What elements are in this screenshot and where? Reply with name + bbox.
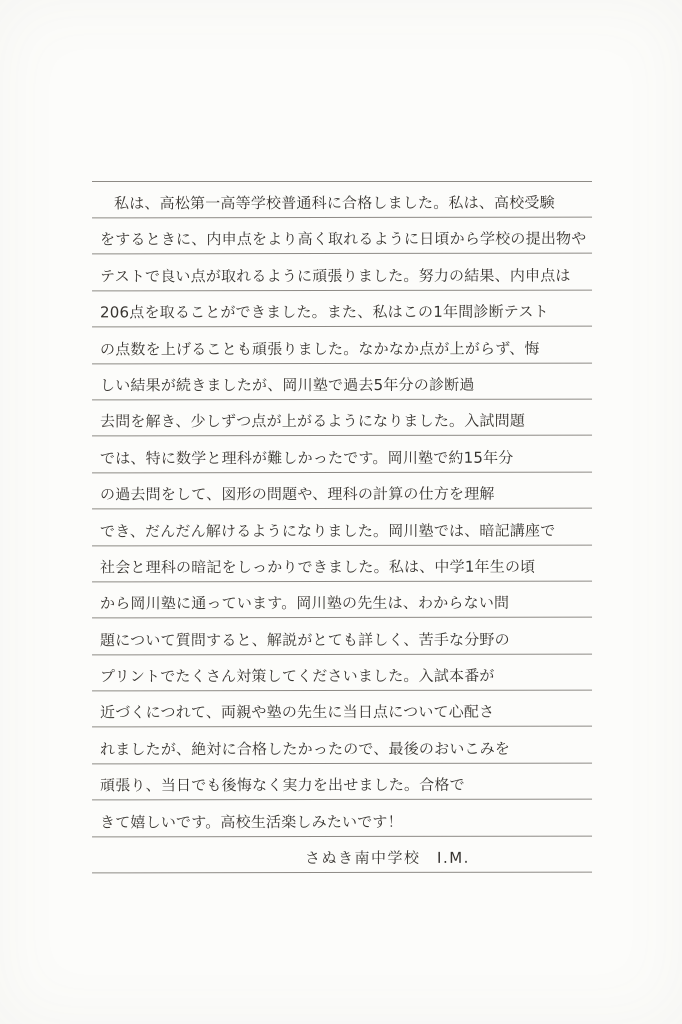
handwritten-line: しい結果が続きましたが、岡川塾で過去5年分の診断過 xyxy=(92,364,592,401)
ruled-writing-area: 私は、高松第一高等学校普通科に合格しました。私は、高校受験 をするときに、内申点… xyxy=(92,181,592,873)
handwritten-line: 去問を解き、少しずつ点が上がるようになりました。入試問題 xyxy=(92,400,592,437)
handwritten-line: 社会と理科の暗記をしっかりできました。私は、中学1年生の頃 xyxy=(92,545,592,582)
handwritten-line: でき、だんだん解けるようになりました。岡川塾では、暗記講座で xyxy=(92,509,592,546)
handwritten-line: では、特に数学と理科が難しかったです。岡川塾で約15年分 xyxy=(92,436,592,473)
handwritten-line: プリントでたくさん対策してくださいました。入試本番が xyxy=(92,655,592,692)
handwritten-line: 206点を取ることができました。また、私はこの1年間診断テスト xyxy=(92,291,592,328)
handwritten-line: をするときに、内申点をより高く取れるように日頃から学校の提出物や xyxy=(92,218,592,255)
handwritten-line: 私は、高松第一高等学校普通科に合格しました。私は、高校受験 xyxy=(92,182,592,219)
handwritten-line: の過去問をして、図形の問題や、理科の計算の仕方を理解 xyxy=(92,473,592,510)
handwritten-line: 近づくにつれて、両親や塾の先生に当日点について心配さ xyxy=(92,691,592,728)
handwritten-line: れましたが、絶対に合格したかったので、最後のおいこみを xyxy=(92,727,592,764)
handwritten-line: 題について質問すると、解説がとても詳しく、苦手な分野の xyxy=(92,618,592,655)
scanned-letter-page: 私は、高松第一高等学校普通科に合格しました。私は、高校受験 をするときに、内申点… xyxy=(0,0,682,1024)
handwritten-line: の点数を上げることも頑張りました。なかなか点が上がらず、悔 xyxy=(92,327,592,364)
handwritten-line: 頑張り、当日でも後悔なく実力を出せました。合格で xyxy=(92,764,592,801)
handwritten-line: テストで良い点が取れるように頑張りました。努力の結果、内申点は xyxy=(92,254,592,291)
handwritten-line: きて嬉しいです。高校生活楽しみたいです！ xyxy=(92,800,592,837)
signature-line: さぬき南中学校 I.M. xyxy=(92,837,592,874)
handwritten-line: から岡川塾に通っています。岡川塾の先生は、わからない問 xyxy=(92,582,592,619)
